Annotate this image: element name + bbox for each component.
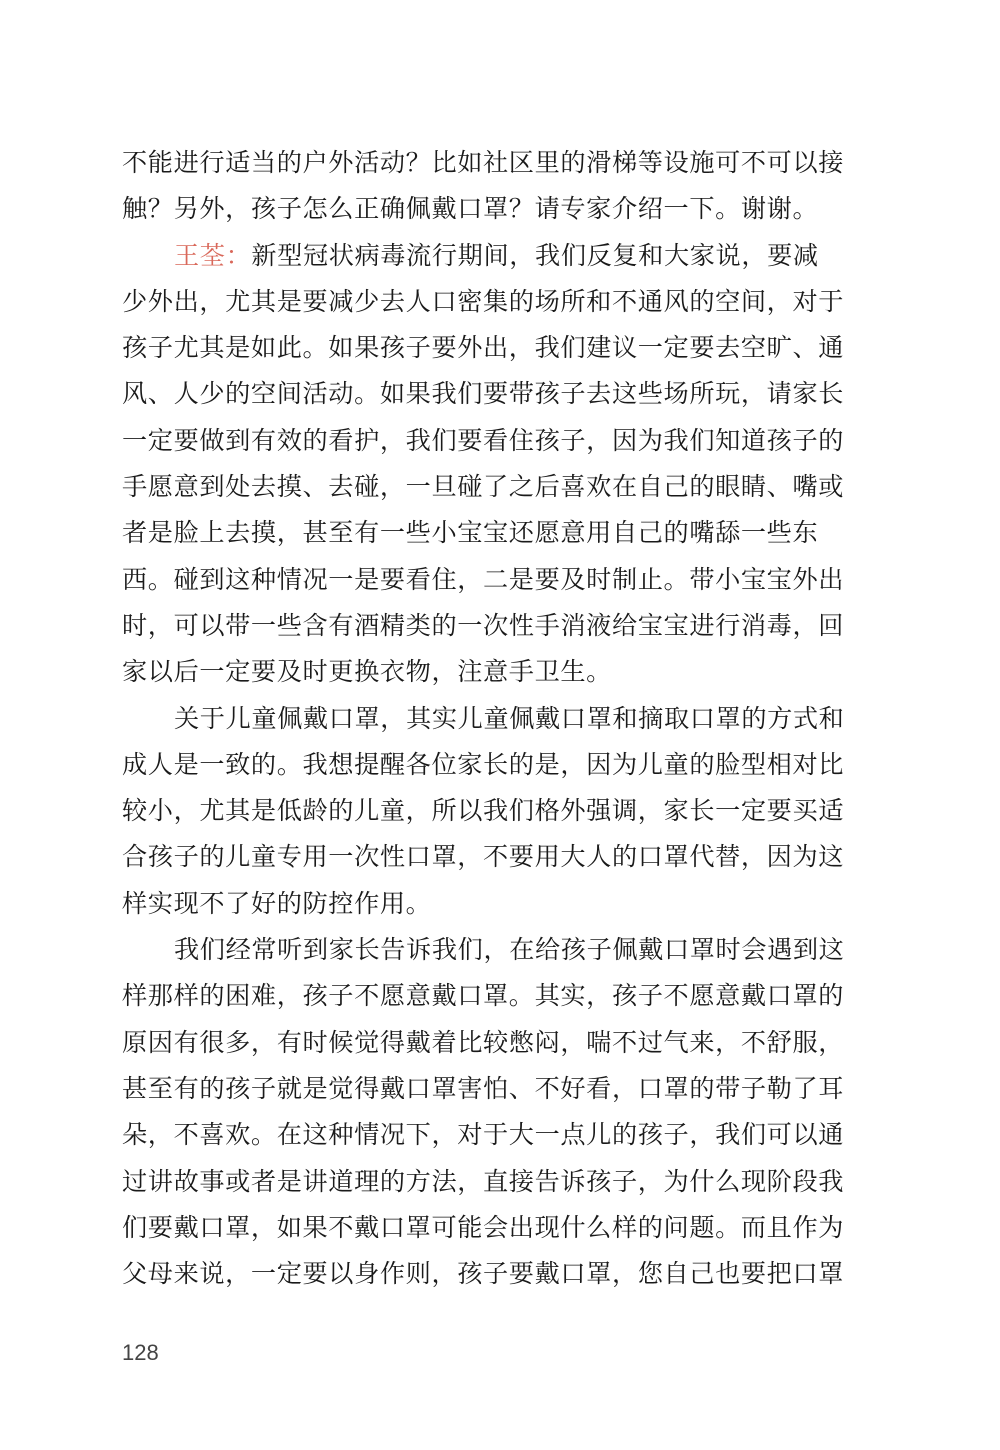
paragraph-mask-difficulty: 我们经常听到家长告诉我们，在给孩子佩戴口罩时会遇到这 样那样的困难，孩子不愿意戴…	[122, 927, 854, 1297]
page-number: 128	[122, 1340, 159, 1366]
text-line: 较小，尤其是低龄的儿童，所以我们格外强调，家长一定要买适	[122, 788, 854, 834]
text-line: 少外出，尤其是要减少去人口密集的场所和不通风的空间，对于	[122, 279, 854, 325]
text-line: 孩子尤其是如此。如果孩子要外出，我们建议一定要去空旷、通	[122, 325, 854, 371]
paragraph-question-continuation: 不能进行适当的户外活动？比如社区里的滑梯等设施可不可以接 触？另外，孩子怎么正确…	[122, 140, 854, 233]
text-line: 一定要做到有效的看护，我们要看住孩子，因为我们知道孩子的	[122, 418, 854, 464]
speaker-name: 王荃：	[174, 241, 251, 270]
text-line: 西。碰到这种情况一是要看住，二是要及时制止。带小宝宝外出	[122, 557, 854, 603]
text-line: 家以后一定要及时更换衣物，注意手卫生。	[122, 649, 854, 695]
text-line: 们要戴口罩，如果不戴口罩可能会出现什么样的问题。而且作为	[122, 1205, 854, 1251]
text-line-first: 王荃：新型冠状病毒流行期间，我们反复和大家说，要减	[122, 233, 854, 279]
text-line-first: 我们经常听到家长告诉我们，在给孩子佩戴口罩时会遇到这	[122, 927, 854, 973]
text-line: 朵，不喜欢。在这种情况下，对于大一点儿的孩子，我们可以通	[122, 1112, 854, 1158]
text-line-first: 关于儿童佩戴口罩，其实儿童佩戴口罩和摘取口罩的方式和	[122, 696, 854, 742]
text-line: 触？另外，孩子怎么正确佩戴口罩？请专家介绍一下。谢谢。	[122, 186, 854, 232]
page-body: 不能进行适当的户外活动？比如社区里的滑梯等设施可不可以接 触？另外，孩子怎么正确…	[122, 140, 854, 1297]
text-line: 不能进行适当的户外活动？比如社区里的滑梯等设施可不可以接	[122, 140, 854, 186]
text-line: 手愿意到处去摸、去碰，一旦碰了之后喜欢在自己的眼睛、嘴或	[122, 464, 854, 510]
text-line: 甚至有的孩子就是觉得戴口罩害怕、不好看，口罩的带子勒了耳	[122, 1066, 854, 1112]
text-line: 样实现不了好的防控作用。	[122, 881, 854, 927]
text-line: 过讲故事或者是讲道理的方法，直接告诉孩子，为什么现阶段我	[122, 1159, 854, 1205]
text-line: 父母来说，一定要以身作则，孩子要戴口罩，您自己也要把口罩	[122, 1251, 854, 1297]
text-line: 合孩子的儿童专用一次性口罩，不要用大人的口罩代替，因为这	[122, 834, 854, 880]
text-line: 样那样的困难，孩子不愿意戴口罩。其实，孩子不愿意戴口罩的	[122, 973, 854, 1019]
paragraph-answer: 王荃：新型冠状病毒流行期间，我们反复和大家说，要减 少外出，尤其是要减少去人口密…	[122, 233, 854, 696]
text-span: 新型冠状病毒流行期间，我们反复和大家说，要减	[251, 241, 818, 270]
text-line: 者是脸上去摸，甚至有一些小宝宝还愿意用自己的嘴舔一些东	[122, 510, 854, 556]
text-line: 成人是一致的。我想提醒各位家长的是，因为儿童的脸型相对比	[122, 742, 854, 788]
text-line: 时，可以带一些含有酒精类的一次性手消液给宝宝进行消毒，回	[122, 603, 854, 649]
paragraph-mask-wearing: 关于儿童佩戴口罩，其实儿童佩戴口罩和摘取口罩的方式和 成人是一致的。我想提醒各位…	[122, 696, 854, 927]
text-line: 风、人少的空间活动。如果我们要带孩子去这些场所玩，请家长	[122, 371, 854, 417]
text-line: 原因有很多，有时候觉得戴着比较憋闷，喘不过气来，不舒服，	[122, 1020, 854, 1066]
